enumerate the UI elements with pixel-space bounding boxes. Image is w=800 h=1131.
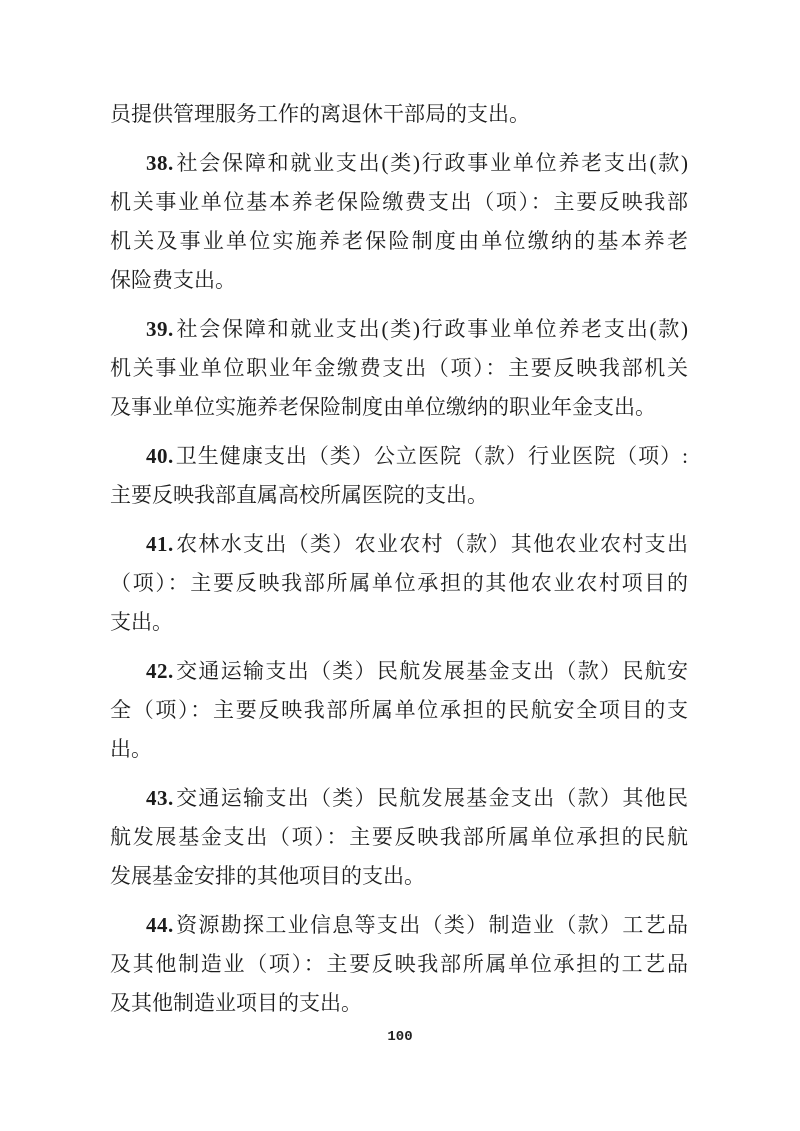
- text-line: 41.农林水支出（类）农业农村（款）其他农业农村支出: [110, 525, 688, 564]
- text-line: 机关事业单位职业年金缴费支出（项）：主要反映我部机关: [110, 349, 688, 388]
- text-line: 主要反映我部直属高校所属医院的支出。: [110, 476, 688, 515]
- line-text: 农林水支出（类）农业农村（款）其他农业农村支出: [175, 532, 688, 556]
- text-line: 机关及事业单位实施养老保险制度由单位缴纳的基本养老: [110, 222, 688, 261]
- text-line: 发展基金安排的其他项目的支出。: [110, 857, 688, 896]
- line-text: 卫生健康支出（类）公立医院（款）行业医院（项）:: [175, 444, 688, 468]
- page-number: 100: [0, 1028, 800, 1046]
- line-text: 社会保障和就业支出(类)行政事业单位养老支出(款): [175, 151, 688, 175]
- text-line: （项）：主要反映我部所属单位承担的其他农业农村项目的: [110, 564, 688, 603]
- text-line: 39.社会保障和就业支出(类)行政事业单位养老支出(款): [110, 310, 688, 349]
- paragraph-41: 41.农林水支出（类）农业农村（款）其他农业农村支出 （项）：主要反映我部所属单…: [110, 525, 688, 642]
- text-line: 及其他制造业（项）：主要反映我部所属单位承担的工艺品: [110, 945, 688, 984]
- page-body: 员提供管理服务工作的离退休干部局的支出。 38.社会保障和就业支出(类)行政事业…: [110, 95, 688, 1023]
- text-line: 航发展基金支出（项）：主要反映我部所属单位承担的民航: [110, 818, 688, 857]
- document-page: 员提供管理服务工作的离退休干部局的支出。 38.社会保障和就业支出(类)行政事业…: [0, 0, 800, 1131]
- text-line: 机关事业单位基本养老保险缴费支出（项）：主要反映我部: [110, 183, 688, 222]
- paragraph-42: 42.交通运输支出（类）民航发展基金支出（款）民航安 全（项）：主要反映我部所属…: [110, 652, 688, 769]
- text-line: 全（项）：主要反映我部所属单位承担的民航安全项目的支: [110, 691, 688, 730]
- text-line: 支出。: [110, 603, 688, 642]
- paragraph-number: 43.: [146, 786, 175, 810]
- paragraph-number: 41.: [146, 532, 175, 556]
- line-text: 社会保障和就业支出(类)行政事业单位养老支出(款): [175, 317, 688, 341]
- paragraph-number: 39.: [146, 317, 175, 341]
- paragraph-38: 38.社会保障和就业支出(类)行政事业单位养老支出(款) 机关事业单位基本养老保…: [110, 144, 688, 300]
- text-line: 40.卫生健康支出（类）公立医院（款）行业医院（项）:: [110, 437, 688, 476]
- text-line: 员提供管理服务工作的离退休干部局的支出。: [110, 95, 688, 134]
- text-line: 38.社会保障和就业支出(类)行政事业单位养老支出(款): [110, 144, 688, 183]
- line-text: 资源勘探工业信息等支出（类）制造业（款）工艺品: [175, 913, 688, 937]
- text-line: 44.资源勘探工业信息等支出（类）制造业（款）工艺品: [110, 906, 688, 945]
- text-line: 43.交通运输支出（类）民航发展基金支出（款）其他民: [110, 779, 688, 818]
- paragraph-44: 44.资源勘探工业信息等支出（类）制造业（款）工艺品 及其他制造业（项）：主要反…: [110, 906, 688, 1023]
- paragraph-39: 39.社会保障和就业支出(类)行政事业单位养老支出(款) 机关事业单位职业年金缴…: [110, 310, 688, 427]
- paragraph-number: 44.: [146, 913, 175, 937]
- text-line: 出。: [110, 730, 688, 769]
- text-line: 及其他制造业项目的支出。: [110, 984, 688, 1023]
- paragraph-continuation: 员提供管理服务工作的离退休干部局的支出。: [110, 95, 688, 134]
- text-line: 保险费支出。: [110, 261, 688, 300]
- line-text: 交通运输支出（类）民航发展基金支出（款）民航安: [175, 659, 688, 683]
- text-line: 及事业单位实施养老保险制度由单位缴纳的职业年金支出。: [110, 388, 688, 427]
- paragraph-43: 43.交通运输支出（类）民航发展基金支出（款）其他民 航发展基金支出（项）：主要…: [110, 779, 688, 896]
- paragraph-number: 40.: [146, 444, 175, 468]
- paragraph-40: 40.卫生健康支出（类）公立医院（款）行业医院（项）: 主要反映我部直属高校所属…: [110, 437, 688, 515]
- text-line: 42.交通运输支出（类）民航发展基金支出（款）民航安: [110, 652, 688, 691]
- paragraph-number: 38.: [146, 151, 175, 175]
- line-text: 交通运输支出（类）民航发展基金支出（款）其他民: [175, 786, 688, 810]
- paragraph-number: 42.: [146, 659, 175, 683]
